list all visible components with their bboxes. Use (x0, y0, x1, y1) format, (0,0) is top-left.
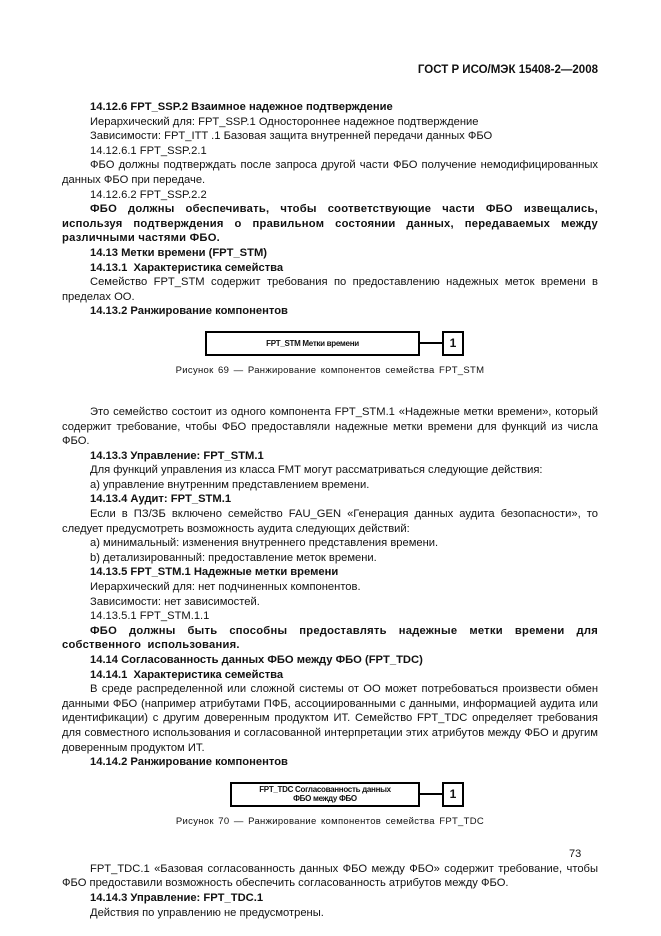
paragraph: FPT_TDC.1 «Базовая согласованность данны… (62, 862, 598, 891)
page-number: 73 (569, 848, 581, 860)
page-body: 14.12.6 FPT_SSP.2 Взаимное надежное подт… (62, 100, 598, 920)
figure-caption: Рисунок 69 — Ранжирование компонентов се… (62, 365, 598, 376)
subsection-heading: 14.14.2 Ранжирование компонентов (62, 755, 598, 770)
family-box: FPT_STM Метки времени (205, 331, 420, 356)
paragraph: Действия по управлению не предусмотрены. (62, 906, 598, 921)
element-id: 14.13.5.1 FPT_STM.1.1 (62, 609, 598, 624)
paragraph: Если в ПЗ/ЗБ включено семейство FAU_GEN … (62, 507, 598, 536)
section-heading: 14.13 Метки времени (FPT_STM) (62, 246, 598, 261)
list-item: b) детализированный: предоставление мето… (62, 551, 598, 566)
connector-line (420, 342, 442, 344)
subsection-heading: 14.13.5 FPT_STM.1 Надежные метки времени (62, 565, 598, 580)
subsection-heading: 14.14.3 Управление: FPT_TDC.1 (62, 891, 598, 906)
hierarchical-line: Иерархический для: нет подчиненных компо… (62, 580, 598, 595)
dependencies-line: Зависимости: FPT_ITT .1 Базовая защита в… (62, 129, 598, 144)
dependencies-line: Зависимости: нет зависимостей. (62, 595, 598, 610)
family-box-label-line1: FPT_TDC Согласованность данных (259, 785, 391, 794)
figure-69: FPT_STM Метки времени 1 Рисунок 69 — Ран… (62, 319, 598, 391)
section-heading: 14.12.6 FPT_SSP.2 Взаимное надежное подт… (62, 100, 598, 115)
element-text: ФБО должны быть способны предоставлять н… (62, 624, 598, 653)
subsection-heading: 14.13.1 Характеристика семейства (62, 261, 598, 276)
section-heading: 14.14 Согласованность данных ФБО между Ф… (62, 653, 598, 668)
subsection-heading: 14.13.4 Аудит: FPT_STM.1 (62, 492, 598, 507)
paragraph: Семейство FPT_STM содержит требования по… (62, 275, 598, 304)
list-item: а) минимальный: изменения внутреннего пр… (62, 536, 598, 551)
paragraph: Это семейство состоит из одного компонен… (62, 405, 598, 449)
element-text: ФБО должны обеспечивать, чтобы соответст… (62, 202, 598, 246)
connector-line (420, 793, 442, 795)
standard-header: ГОСТ Р ИСО/МЭК 15408-2—2008 (418, 64, 598, 76)
family-box: FPT_TDC Согласованность данных ФБО между… (230, 782, 420, 807)
figure-70: FPT_TDC Согласованность данных ФБО между… (62, 770, 598, 848)
subsection-heading: 14.13.2 Ранжирование компонентов (62, 304, 598, 319)
component-box: 1 (442, 782, 464, 807)
subsection-heading: 14.13.3 Управление: FPT_STM.1 (62, 449, 598, 464)
paragraph: В среде распределенной или сложной систе… (62, 682, 598, 755)
hierarchical-line: Иерархический для: FPT_SSP.1 Односторонн… (62, 115, 598, 130)
document-page: ГОСТ Р ИСО/МЭК 15408-2—2008 14.12.6 FPT_… (0, 0, 661, 936)
list-item: а) управление внутренним представлением … (62, 478, 598, 493)
component-box: 1 (442, 331, 464, 356)
element-text: ФБО должны подтверждать после запроса др… (62, 158, 598, 187)
family-box-label-line2: ФБО между ФБО (293, 794, 357, 803)
element-id: 14.12.6.1 FPT_SSP.2.1 (62, 144, 598, 159)
paragraph: Для функций управления из класса FMT мог… (62, 463, 598, 478)
figure-caption: Рисунок 70 — Ранжирование компонентов се… (62, 816, 598, 827)
element-id: 14.12.6.2 FPT_SSP.2.2 (62, 188, 598, 203)
subsection-heading: 14.14.1 Характеристика семейства (62, 668, 598, 683)
